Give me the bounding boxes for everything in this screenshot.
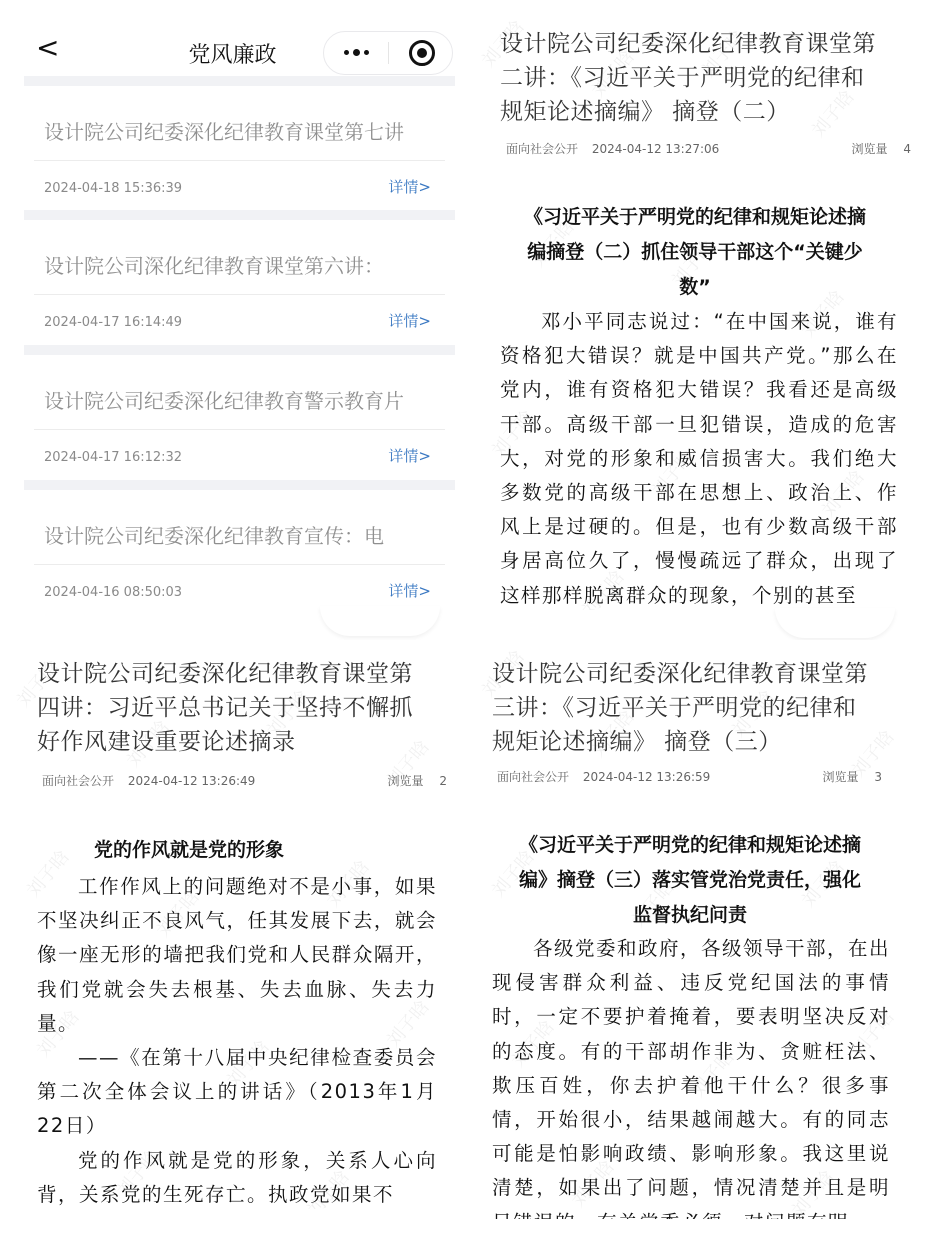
list-item[interactable]: 设计院公司纪委深化纪律教育警示教育片 2024-04-17 16:12:32 详… (24, 355, 455, 479)
list-item-title: 设计院公司深化纪律教育课堂第六讲： (44, 250, 436, 279)
article-title: 设计院公司纪委深化纪律教育课堂第 二讲：《习近平关于严明党的纪律和 规矩论述摘编… (500, 27, 900, 129)
article-meta: 面向社会公开 2024-04-12 13:27:06 浏览量 4 (506, 140, 911, 157)
paragraph: 各级党委和政府，各级领导干部，在出现侵害群众利益、违反党纪国法的事情时，一定不要… (492, 932, 890, 1239)
visibility-label: 面向社会公开 (42, 774, 114, 788)
section-separator (24, 76, 455, 86)
section-separator (24, 480, 455, 490)
article-meta: 面向社会公开 2024-04-12 13:26:49 浏览量 2 (42, 772, 447, 789)
view-count: 浏览量 4 (852, 140, 911, 157)
publish-date: 2024-04-12 13:26:59 (583, 770, 710, 784)
detail-link[interactable]: 详情> (388, 310, 431, 331)
divider (34, 429, 445, 430)
list-item-date: 2024-04-18 15:36:39 (44, 181, 182, 196)
scroll-fade (465, 1219, 929, 1239)
article-screen-4: 刘子晗 刘子晗 刘子晗 刘子晗 刘子晗 刘子晗 刘子晗 刘子晗 刘子晗 刘子晗 … (0, 640, 465, 1239)
target-circle-icon[interactable] (409, 40, 435, 66)
list-item-title: 设计院公司纪委深化纪律教育警示教育片 (44, 385, 436, 414)
view-count: 浏览量 3 (823, 768, 882, 785)
article-screen-3: 刘子晗 刘子晗 刘子晗 刘子晗 刘子晗 刘子晗 刘子晗 刘子晗 刘子晗 刘子晗 … (465, 640, 929, 1239)
article-meta: 面向社会公开 2024-04-12 13:26:59 浏览量 3 (497, 768, 882, 785)
list-item-date: 2024-04-17 16:12:32 (44, 450, 182, 465)
detail-link[interactable]: 详情> (388, 445, 431, 466)
list-item-date: 2024-04-17 16:14:49 (44, 315, 182, 330)
list-screen: < 党风廉政 设计院公司纪委深化纪律教育课堂第七讲 2024-04-18 15:… (0, 0, 465, 640)
paragraph: 党的作风就是党的形象，关系人心向背，关系党的生死存亡。执政党如果不 (37, 1144, 437, 1212)
more-dots-icon[interactable] (342, 42, 372, 62)
list-item-title: 设计院公司纪委深化纪律教育宣传：电 (44, 520, 436, 549)
section-separator (24, 345, 455, 355)
scroll-fade (0, 1209, 465, 1239)
article-title: 设计院公司纪委深化纪律教育课堂第 三讲：《习近平关于严明党的纪律和 规矩论述摘编… (492, 657, 892, 759)
list-item[interactable]: 设计院公司纪委深化纪律教育课堂第七讲 2024-04-18 15:36:39 详… (24, 86, 455, 210)
list-item[interactable]: 设计院公司深化纪律教育课堂第六讲： 2024-04-17 16:14:49 详情… (24, 220, 455, 344)
detail-link[interactable]: 详情> (388, 176, 431, 197)
article-heading: 《习近平关于严明党的纪律和规矩论述摘 编摘登（二）抓住领导干部这个“关键少 数” (495, 200, 895, 305)
divider (34, 294, 445, 295)
article-screen-2: 刘子晗 刘子晗 刘子晗 刘子晗 刘子晗 刘子晗 刘子晗 刘子晗 刘子晗 刘子晗 … (465, 0, 929, 640)
view-count: 浏览量 2 (388, 772, 447, 789)
floating-button-edge[interactable] (775, 608, 895, 638)
visibility-label: 面向社会公开 (497, 770, 569, 784)
article-heading: 党的作风就是党的形象 (94, 833, 284, 868)
paragraph: 邓小平同志说过：“在中国来说，谁有资格犯大错误？就是中国共产党。”那么在党内，谁… (500, 305, 898, 613)
article-body: 工作作风上的问题绝对不是小事，如果不坚决纠正不良风气，任其发展下去，就会像一座无… (37, 870, 437, 1212)
paragraph-citation: ——《在第十八届中央纪律检查委员会第二次全体会议上的讲话》（2013年1月22日… (37, 1041, 437, 1144)
mini-program-capsule (323, 31, 453, 75)
article-title: 设计院公司纪委深化纪律教育课堂第 四讲：习近平总书记关于坚持不懈抓 好作风建设重… (37, 657, 437, 759)
paragraph: 工作作风上的问题绝对不是小事，如果不坚决纠正不良风气，任其发展下去，就会像一座无… (37, 870, 437, 1041)
list-item-date: 2024-04-16 08:50:03 (44, 585, 182, 600)
detail-link[interactable]: 详情> (388, 580, 431, 601)
divider (34, 160, 445, 161)
publish-date: 2024-04-12 13:26:49 (128, 774, 255, 788)
capsule-divider (388, 42, 389, 64)
section-separator (24, 210, 455, 220)
article-body: 邓小平同志说过：“在中国来说，谁有资格犯大错误？就是中国共产党。”那么在党内，谁… (500, 305, 898, 613)
floating-button-edge[interactable] (320, 606, 440, 636)
article-body: 各级党委和政府，各级领导干部，在出现侵害群众利益、违反党纪国法的事情时，一定不要… (492, 932, 890, 1239)
list-item[interactable]: 设计院公司纪委深化纪律教育宣传：电 2024-04-16 08:50:03 详情… (24, 490, 455, 614)
list-item-title: 设计院公司纪委深化纪律教育课堂第七讲 (44, 116, 436, 145)
visibility-label: 面向社会公开 (506, 142, 578, 156)
publish-date: 2024-04-12 13:27:06 (592, 142, 719, 156)
navigation-bar: < 党风廉政 (0, 0, 465, 76)
article-heading: 《习近平关于严明党的纪律和规矩论述摘 编》摘登（三）落实管党治党责任，强化 监督… (490, 828, 890, 933)
divider (34, 564, 445, 565)
